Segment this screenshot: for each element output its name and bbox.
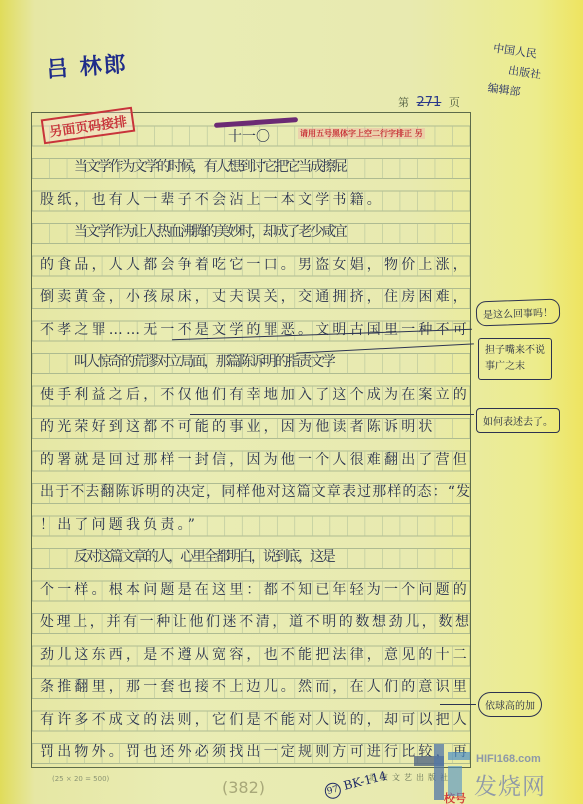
- manuscript-line: 叫人惊奇的荒谬对立局面，那篇陈诉明的指责文学: [40, 351, 504, 371]
- margin-note: 担子嘴来不说 事广之末: [478, 338, 552, 380]
- manuscript-line: 条推翻里，那一套也接不上边儿。然而，在人们的意识里: [40, 676, 470, 696]
- manuscript-grid: [32, 116, 470, 766]
- manuscript-line: 使手利益之后，不仅他们有幸地加入了这个成为在案立的: [40, 384, 470, 404]
- manuscript-line: ！出了问题我负责。”: [40, 514, 470, 534]
- manuscript-line: 有许多不成文的法则，它们是不能对人说的，却可以把人: [40, 709, 470, 729]
- page-label-suffix: 页: [449, 96, 460, 109]
- manuscript-line: 的署就是回过那样一封信，因为他一个人很难翻出了营但: [40, 449, 470, 469]
- page-label-prefix: 第: [398, 96, 409, 109]
- annotation-connector-line: [190, 414, 474, 416]
- manuscript-line: 出于不去翻陈诉明的决定，同样他对这篇文章表过那样的态：“发: [40, 481, 470, 501]
- archive-reference: 97 BK-114: [323, 769, 389, 801]
- pencil-page-number: (382): [222, 778, 265, 797]
- manuscript-line: 处理上，并有一种让他们迷不清，道不明的数想劲儿，数想: [40, 611, 470, 631]
- margin-note: 如何表述去了。: [476, 408, 560, 433]
- manuscript-line: 当文学作为让人热血沸腾的美妙时，却成了老少咸宜: [40, 221, 504, 241]
- watermark-domain: HIFI168.com: [476, 753, 541, 765]
- ref-circle-number: 97: [323, 781, 342, 800]
- manuscript-line: 劲儿这东西，是不遵从宽容，也不能把法律，意见的十二: [40, 644, 470, 664]
- page-number: 271: [417, 95, 442, 110]
- manuscript-line: 个一样。根本问题是在这里：都不知已年轻为一个问题的: [40, 579, 470, 599]
- handwritten-author-name: 吕 林郎: [45, 47, 129, 84]
- annotation-connector-line: [440, 704, 476, 706]
- watermark-logo-icon: [414, 742, 470, 802]
- manuscript-line: 反对这篇文章的人，心里全都明白，说到底，这是: [40, 546, 504, 566]
- chapter-heading: 十一〇: [228, 126, 270, 146]
- manuscript-line: 当文学作为文学的时候，有人想到讨它把它当成擦屁: [40, 156, 504, 176]
- sheet-spec: (25 × 20 = 500): [52, 775, 109, 783]
- manuscript-line: 罚出物外。罚也还外必须找出一定规则方可进行比较，再: [40, 741, 470, 761]
- manuscript-line: 倒卖黄金，小孩尿床，丈夫误关，交通拥挤，住房困难，: [40, 286, 470, 306]
- margin-note: 是这么回事吗！: [476, 299, 561, 327]
- page-number-label: 第 271 页: [398, 94, 460, 110]
- margin-note: 依球高的加: [478, 692, 542, 717]
- corner-signature-note: 中国人民 出版社 编辑部: [486, 39, 574, 110]
- manuscript-line: 的食品，人人都会争着吃它一口。男盗女娼，物价上涨，: [40, 254, 470, 274]
- watermark-name: 发烧网: [474, 768, 546, 801]
- typesetting-instruction-stamp: 请用五号黑体字上空二行字排正 另: [298, 128, 425, 139]
- ref-code: BK-114: [342, 769, 388, 793]
- manuscript-line: 的光荣好到这都不可能的事业，因为他读者陈诉明状: [40, 416, 470, 436]
- author-name-text: 吕 林郎: [45, 51, 128, 83]
- manuscript-line: 股纸，也有人一辈子不会沾上一本文学书籍。: [40, 189, 470, 209]
